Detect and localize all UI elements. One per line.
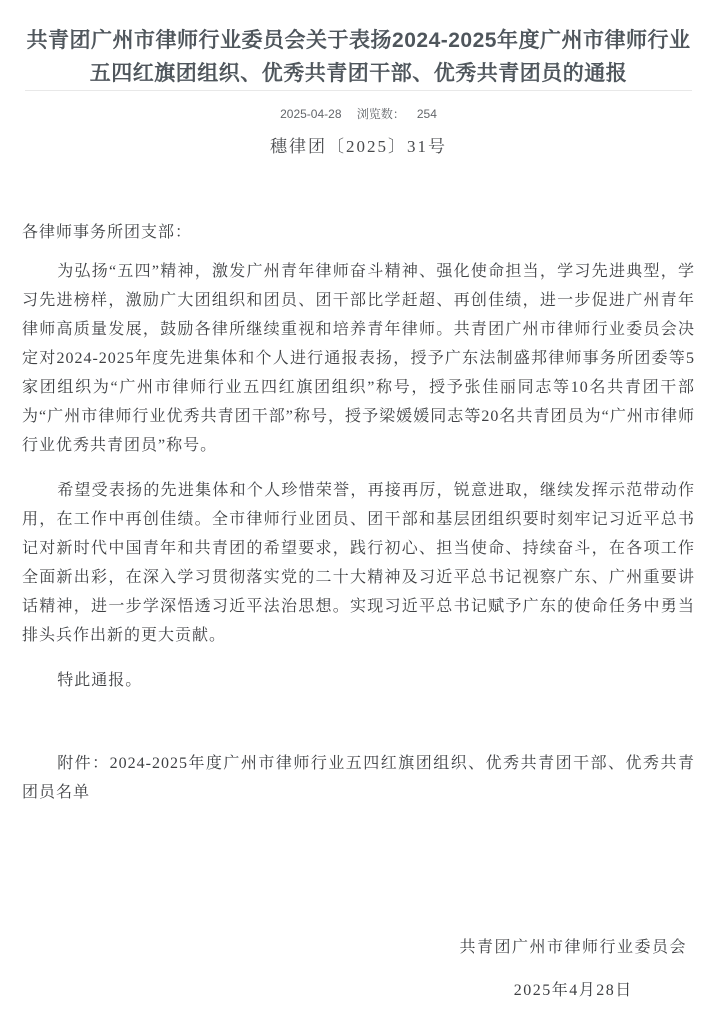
title-divider — [25, 90, 692, 91]
closing-line: 特此通报。 — [22, 666, 695, 695]
body-paragraph: 为弘扬“五四”精神，激发广州青年律师奋斗精神、强化使命担当，学习先进典型，学习先… — [22, 257, 695, 460]
salutation: 各律师事务所团支部： — [22, 218, 695, 247]
document-page: 共青团广州市律师行业委员会关于表扬2024-2025年度广州市律师行业五四红旗团… — [0, 0, 717, 1024]
signature-block: 共青团广州市律师行业委员会 2025年4月28日 — [22, 937, 695, 1005]
document-title: 共青团广州市律师行业委员会关于表扬2024-2025年度广州市律师行业五四红旗团… — [0, 0, 717, 90]
document-body: 各律师事务所团支部： 为弘扬“五四”精神，激发广州青年律师奋斗精神、强化使命担当… — [0, 218, 717, 1005]
document-number: 穗律团〔2025〕31号 — [0, 136, 717, 158]
attachment-line: 附件：2024-2025年度广州市律师行业五四红旗团组织、优秀共青团干部、优秀共… — [22, 749, 695, 807]
meta-row: 2025-04-28 浏览数：254 — [0, 105, 717, 122]
signature-organization: 共青团广州市律师行业委员会 — [459, 937, 687, 959]
views-count: 254 — [417, 107, 437, 121]
publish-date: 2025-04-28 — [280, 107, 341, 121]
views-label: 浏览数： — [357, 107, 405, 121]
signature-inner: 共青团广州市律师行业委员会 2025年4月28日 — [459, 937, 687, 1002]
body-paragraph: 希望受表扬的先进集体和个人珍惜荣誉，再接再厉，锐意进取，继续发挥示范带动作用，在… — [22, 476, 695, 650]
signature-date: 2025年4月28日 — [459, 980, 687, 1002]
